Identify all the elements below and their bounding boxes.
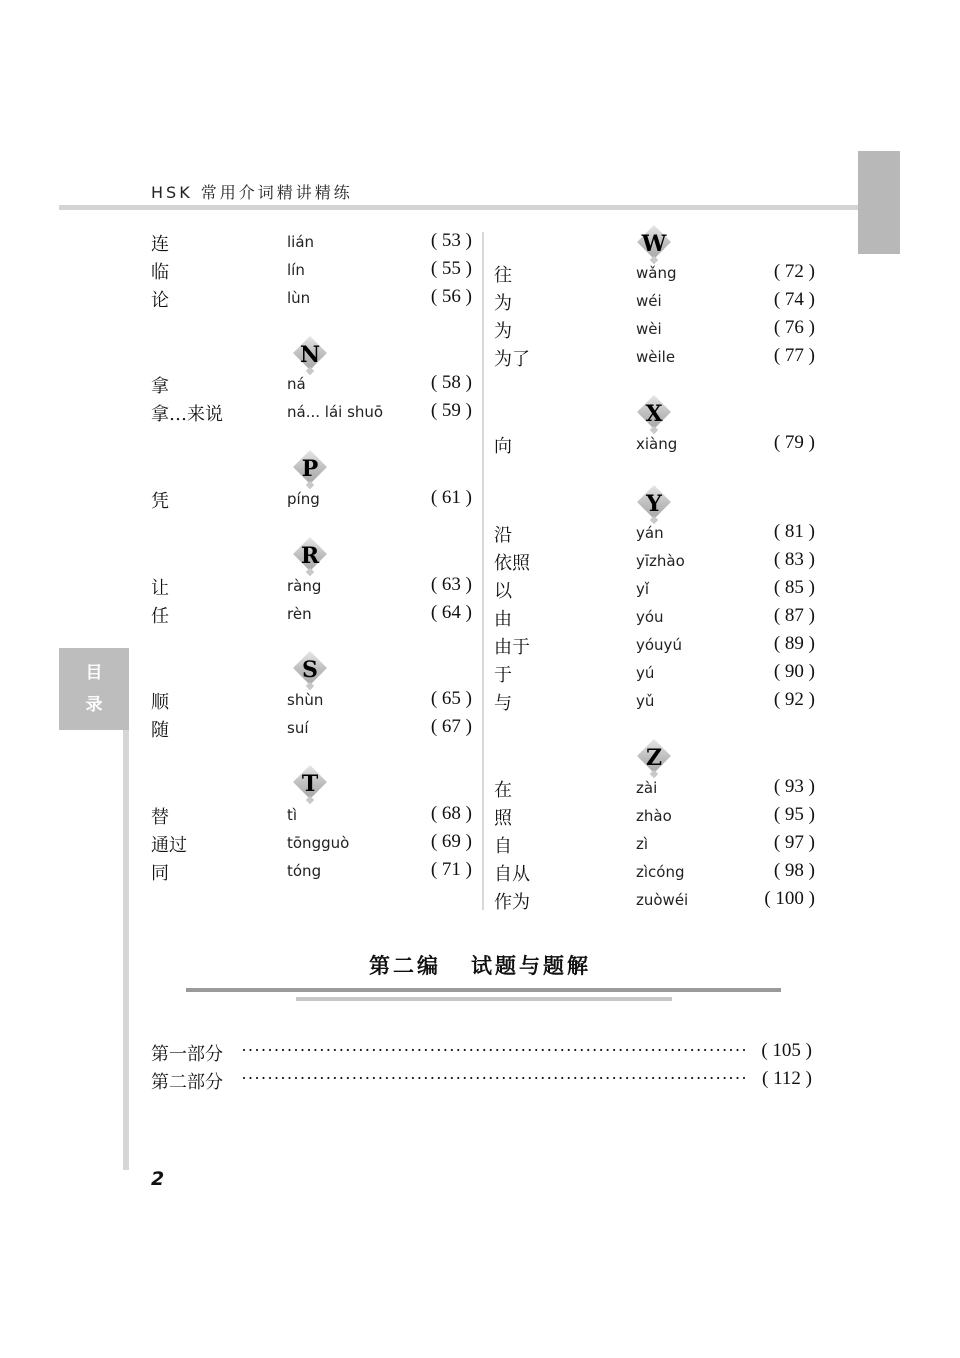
entry-pinyin: ràng	[287, 577, 321, 595]
entry-page: ( 98 )	[774, 860, 815, 882]
letter-label: T	[292, 770, 328, 798]
toc-entry[interactable]: 以yǐ( 85 )	[494, 577, 815, 605]
entry-hanzi: 依照	[494, 549, 530, 575]
toc-leader-dots: ········································…	[241, 1068, 746, 1089]
entry-page: ( 64 )	[431, 602, 472, 624]
page-number: 2	[151, 1168, 164, 1190]
entry-pinyin: wéi	[636, 292, 662, 310]
letter-heading-y: Y	[636, 486, 672, 522]
header-rule	[59, 205, 859, 210]
entry-pinyin: lián	[287, 233, 314, 251]
entry-page: ( 77 )	[774, 345, 815, 367]
entry-page: ( 92 )	[774, 689, 815, 711]
entry-page: ( 71 )	[431, 859, 472, 881]
entry-page: ( 68 )	[431, 803, 472, 825]
letter-label: S	[292, 656, 328, 684]
entry-page: ( 53 )	[431, 230, 472, 252]
entry-hanzi: 由于	[494, 633, 530, 659]
entry-page: ( 56 )	[431, 286, 472, 308]
toc-entry[interactable]: 任rèn( 64 )	[151, 602, 472, 630]
toc-entry[interactable]: 照zhào( 95 )	[494, 804, 815, 832]
entry-pinyin: zuòwéi	[636, 891, 688, 909]
toc-entry[interactable]: 于yú( 90 )	[494, 661, 815, 689]
toc-entry[interactable]: 为wéi( 74 )	[494, 289, 815, 317]
entry-pinyin: tì	[287, 806, 297, 824]
letter-heading-w: W	[636, 226, 672, 262]
entry-page: ( 90 )	[774, 661, 815, 683]
letter-heading-t: T	[292, 766, 328, 802]
entry-page: ( 79 )	[774, 432, 815, 454]
contents-side-tab: 目 录	[59, 648, 129, 730]
chapter-thumb-tab	[858, 151, 900, 254]
entry-pinyin: zìcóng	[636, 863, 685, 881]
entry-hanzi: 任	[151, 602, 169, 628]
toc-line[interactable]: 第一部分 ···································…	[151, 1040, 816, 1068]
entry-page: ( 69 )	[431, 831, 472, 853]
entry-pinyin: zhào	[636, 807, 672, 825]
toc-page: ( 105 )	[761, 1040, 812, 1062]
toc-entry[interactable]: 凭píng( 61 )	[151, 487, 472, 515]
entry-pinyin: yǔ	[636, 692, 654, 710]
entry-hanzi: 由	[494, 605, 512, 631]
entry-pinyin: yǐ	[636, 580, 649, 598]
entry-pinyin: yú	[636, 664, 654, 682]
entry-page: ( 67 )	[431, 716, 472, 738]
entry-pinyin: yóuyú	[636, 636, 682, 654]
entry-page: ( 76 )	[774, 317, 815, 339]
entry-page: ( 100 )	[764, 888, 815, 910]
entry-pinyin: shùn	[287, 691, 323, 709]
entry-hanzi: 为	[494, 289, 512, 315]
entry-pinyin: wèile	[636, 348, 675, 366]
letter-label: Z	[636, 744, 672, 772]
letter-heading-p: P	[292, 451, 328, 487]
toc-entry[interactable]: 替tì( 68 )	[151, 803, 472, 831]
toc-entry[interactable]: 临lín( 55 )	[151, 258, 472, 286]
entry-hanzi: 替	[151, 803, 169, 829]
toc-label: 第一部分	[151, 1040, 223, 1066]
toc-entry[interactable]: 向xiàng( 79 )	[494, 432, 815, 460]
toc-entry[interactable]: 让ràng( 63 )	[151, 574, 472, 602]
entry-hanzi: 向	[494, 432, 512, 458]
entry-page: ( 89 )	[774, 633, 815, 655]
letter-label: Y	[636, 490, 672, 518]
entry-hanzi: 自从	[494, 860, 530, 886]
letter-label: N	[292, 341, 328, 369]
section-rule-long	[186, 988, 781, 992]
toc-entry[interactable]: 作为zuòwéi( 100 )	[494, 888, 815, 916]
toc-entry[interactable]: 论lùn( 56 )	[151, 286, 472, 314]
toc-label: 第二部分	[151, 1068, 223, 1094]
entry-page: ( 95 )	[774, 804, 815, 826]
entry-page: ( 81 )	[774, 521, 815, 543]
entry-pinyin: zài	[636, 779, 657, 797]
toc-entry[interactable]: 通过tōngguò( 69 )	[151, 831, 472, 859]
section-part: 第二编	[369, 954, 441, 978]
toc-entry[interactable]: 依照yīzhào( 83 )	[494, 549, 815, 577]
entry-pinyin: suí	[287, 719, 309, 737]
toc-entry[interactable]: 由于yóuyú( 89 )	[494, 633, 815, 661]
entry-hanzi: 以	[494, 577, 512, 603]
entry-hanzi: 连	[151, 230, 169, 256]
entry-hanzi: 凭	[151, 487, 169, 513]
letter-heading-x: X	[636, 396, 672, 432]
entry-hanzi: 拿…来说	[151, 400, 223, 426]
entry-page: ( 63 )	[431, 574, 472, 596]
toc-entry[interactable]: 为了wèile( 77 )	[494, 345, 815, 373]
side-tab-char: 录	[86, 689, 103, 721]
section-title-text: 试题与题解	[471, 954, 591, 978]
entry-pinyin: píng	[287, 490, 320, 508]
entry-hanzi: 同	[151, 859, 169, 885]
letter-heading-n: N	[292, 337, 328, 373]
entry-pinyin: ná	[287, 375, 306, 393]
entry-page: ( 59 )	[431, 400, 472, 422]
toc-entry[interactable]: 顺shùn( 65 )	[151, 688, 472, 716]
toc-entry[interactable]: 在zài( 93 )	[494, 776, 815, 804]
section-rule-short	[296, 997, 672, 1001]
side-tab-char: 目	[86, 657, 103, 689]
letter-label: X	[636, 400, 672, 428]
entry-hanzi: 自	[494, 832, 512, 858]
entry-pinyin: wèi	[636, 320, 662, 338]
toc-entry[interactable]: 往wǎng( 72 )	[494, 261, 815, 289]
entry-hanzi: 拿	[151, 372, 169, 398]
entry-page: ( 87 )	[774, 605, 815, 627]
toc-entry[interactable]: 连lián( 53 )	[151, 230, 472, 258]
letter-heading-r: R	[292, 538, 328, 574]
toc-entry[interactable]: 为wèi( 76 )	[494, 317, 815, 345]
entry-hanzi: 照	[494, 804, 512, 830]
entry-pinyin: yán	[636, 524, 664, 542]
entry-pinyin: tóng	[287, 862, 321, 880]
letter-heading-z: Z	[636, 740, 672, 776]
header-title: HSK 常用介词精讲精练	[151, 180, 353, 203]
entry-pinyin: rèn	[287, 605, 312, 623]
entry-hanzi: 临	[151, 258, 169, 284]
toc-entry[interactable]: 随suí( 67 )	[151, 716, 472, 744]
letter-heading-s: S	[292, 652, 328, 688]
entry-pinyin: lín	[287, 261, 305, 279]
entry-hanzi: 顺	[151, 688, 169, 714]
toc-leader-dots: ········································…	[241, 1040, 746, 1061]
entry-hanzi: 随	[151, 716, 169, 742]
toc-line[interactable]: 第二部分 ···································…	[151, 1068, 816, 1096]
entry-hanzi: 沿	[494, 521, 512, 547]
entry-page: ( 65 )	[431, 688, 472, 710]
toc-entry[interactable]: 同tóng( 71 )	[151, 859, 472, 887]
letter-label: W	[636, 230, 672, 258]
entry-hanzi: 为了	[494, 345, 530, 371]
entry-page: ( 74 )	[774, 289, 815, 311]
entry-pinyin: xiàng	[636, 435, 677, 453]
entry-page: ( 85 )	[774, 577, 815, 599]
entry-page: ( 58 )	[431, 372, 472, 394]
toc-entry[interactable]: 拿ná( 58 )	[151, 372, 472, 400]
entry-hanzi: 与	[494, 689, 512, 715]
entry-hanzi: 通过	[151, 831, 187, 857]
toc-entry[interactable]: 沿yán( 81 )	[494, 521, 815, 549]
letter-label: P	[292, 455, 328, 483]
entry-page: ( 61 )	[431, 487, 472, 509]
entry-hanzi: 为	[494, 317, 512, 343]
entry-page: ( 93 )	[774, 776, 815, 798]
entry-pinyin: tōngguò	[287, 834, 349, 852]
toc-entry[interactable]: 与yǔ( 92 )	[494, 689, 815, 717]
column-divider	[482, 232, 484, 910]
toc-entry[interactable]: 自从zìcóng( 98 )	[494, 860, 815, 888]
entry-page: ( 97 )	[774, 832, 815, 854]
entry-hanzi: 让	[151, 574, 169, 600]
entry-hanzi: 在	[494, 776, 512, 802]
toc-page: ( 112 )	[762, 1068, 812, 1090]
toc-entry[interactable]: 由yóu( 87 )	[494, 605, 815, 633]
entry-hanzi: 作为	[494, 888, 530, 914]
entry-pinyin: lùn	[287, 289, 310, 307]
entry-pinyin: zì	[636, 835, 648, 853]
toc-entry[interactable]: 自zì( 97 )	[494, 832, 815, 860]
letter-label: R	[292, 542, 328, 570]
entry-page: ( 72 )	[774, 261, 815, 283]
entry-pinyin: ná... lái shuō	[287, 403, 383, 421]
entry-hanzi: 往	[494, 261, 512, 287]
entry-pinyin: wǎng	[636, 264, 677, 282]
section-heading: 第二编试题与题解	[0, 950, 960, 980]
entry-hanzi: 论	[151, 286, 169, 312]
entry-page: ( 83 )	[774, 549, 815, 571]
entry-pinyin: yīzhào	[636, 552, 685, 570]
entry-pinyin: yóu	[636, 608, 664, 626]
toc-entry[interactable]: 拿…来说ná... lái shuō( 59 )	[151, 400, 472, 428]
entry-hanzi: 于	[494, 661, 512, 687]
entry-page: ( 55 )	[431, 258, 472, 280]
